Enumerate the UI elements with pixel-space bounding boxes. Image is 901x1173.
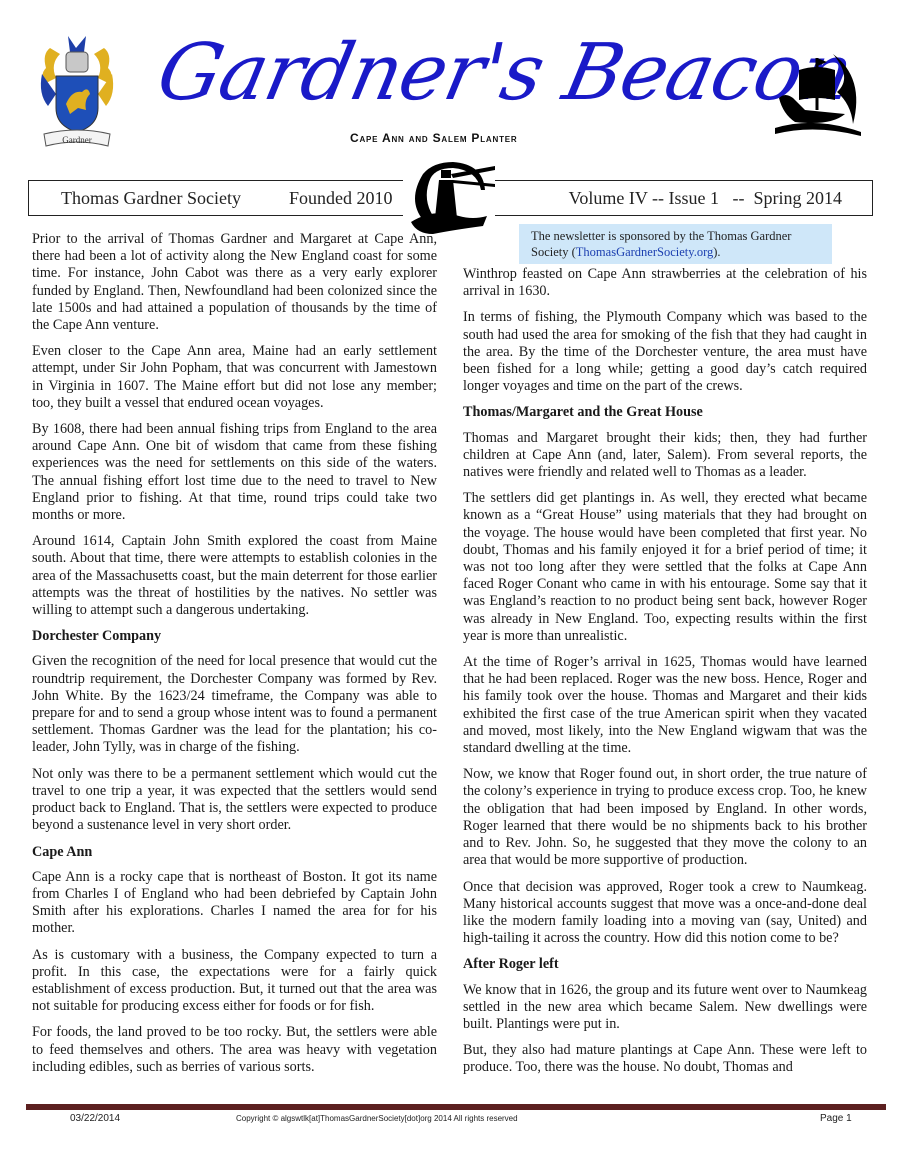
- paragraph: Given the recognition of the need for lo…: [32, 653, 437, 756]
- paragraph: Thomas and Margaret brought their kids; …: [463, 430, 867, 482]
- paragraph: Prior to the arrival of Thomas Gardner a…: [32, 231, 437, 334]
- coat-of-arms-icon: Gardner: [38, 34, 116, 152]
- section-heading: After Roger left: [463, 956, 867, 973]
- sponsor-box: The newsletter is sponsored by the Thoma…: [519, 224, 832, 264]
- sponsor-link[interactable]: ThomasGardnerSociety.org: [576, 245, 713, 259]
- footer-rule: [26, 1104, 886, 1110]
- page-number: Page 1: [820, 1113, 852, 1124]
- paragraph: At the time of Roger’s arrival in 1625, …: [463, 654, 867, 757]
- paragraph: Even closer to the Cape Ann area, Maine …: [32, 343, 437, 412]
- footer-copyright: Copyright © algswtlk[at]ThomasGardnerSoc…: [236, 1114, 518, 1123]
- paragraph: Now, we know that Roger found out, in sh…: [463, 766, 867, 869]
- founded-year: Founded 2010: [289, 188, 393, 209]
- paragraph: Once that decision was approved, Roger t…: [463, 879, 867, 948]
- section-heading: Thomas/Margaret and the Great House: [463, 404, 867, 421]
- article-column-right: Winthrop feasted on Cape Ann strawberrie…: [463, 266, 867, 1086]
- section-heading: Dorchester Company: [32, 628, 437, 645]
- lighthouse-icon: [403, 160, 495, 236]
- paragraph: Cape Ann is a rocky cape that is northea…: [32, 869, 437, 938]
- svg-text:Gardner: Gardner: [62, 135, 91, 145]
- paragraph: Around 1614, Captain John Smith explored…: [32, 533, 437, 619]
- paragraph: For foods, the land proved to be too roc…: [32, 1024, 437, 1076]
- newsletter-title: Gardner's Beacon: [150, 28, 860, 118]
- article-column-left: Prior to the arrival of Thomas Gardner a…: [32, 231, 437, 1085]
- section-heading: Cape Ann: [32, 844, 437, 861]
- issue-label: Volume IV -- Issue 1 -- Spring 2014: [569, 188, 842, 209]
- society-name: Thomas Gardner Society: [61, 188, 241, 209]
- paragraph: In terms of fishing, the Plymouth Compan…: [463, 309, 867, 395]
- paragraph: Winthrop feasted on Cape Ann strawberrie…: [463, 266, 867, 300]
- paragraph: As is customary with a business, the Com…: [32, 947, 437, 1016]
- sailing-ship-icon: [775, 48, 865, 140]
- paragraph: Not only was there to be a permanent set…: [32, 766, 437, 835]
- newsletter-subtitle: Cape Ann and Salem Planter: [350, 131, 517, 145]
- paragraph: We know that in 1626, the group and its …: [463, 982, 867, 1034]
- masthead: Gardner Gardner's Beacon Cape Ann and Sa…: [0, 0, 901, 165]
- paragraph: The settlers did get plantings in. As we…: [463, 490, 867, 645]
- paragraph: But, they also had mature plantings at C…: [463, 1042, 867, 1076]
- paragraph: By 1608, there had been annual fishing t…: [32, 421, 437, 524]
- footer-date: 03/22/2014: [70, 1113, 120, 1124]
